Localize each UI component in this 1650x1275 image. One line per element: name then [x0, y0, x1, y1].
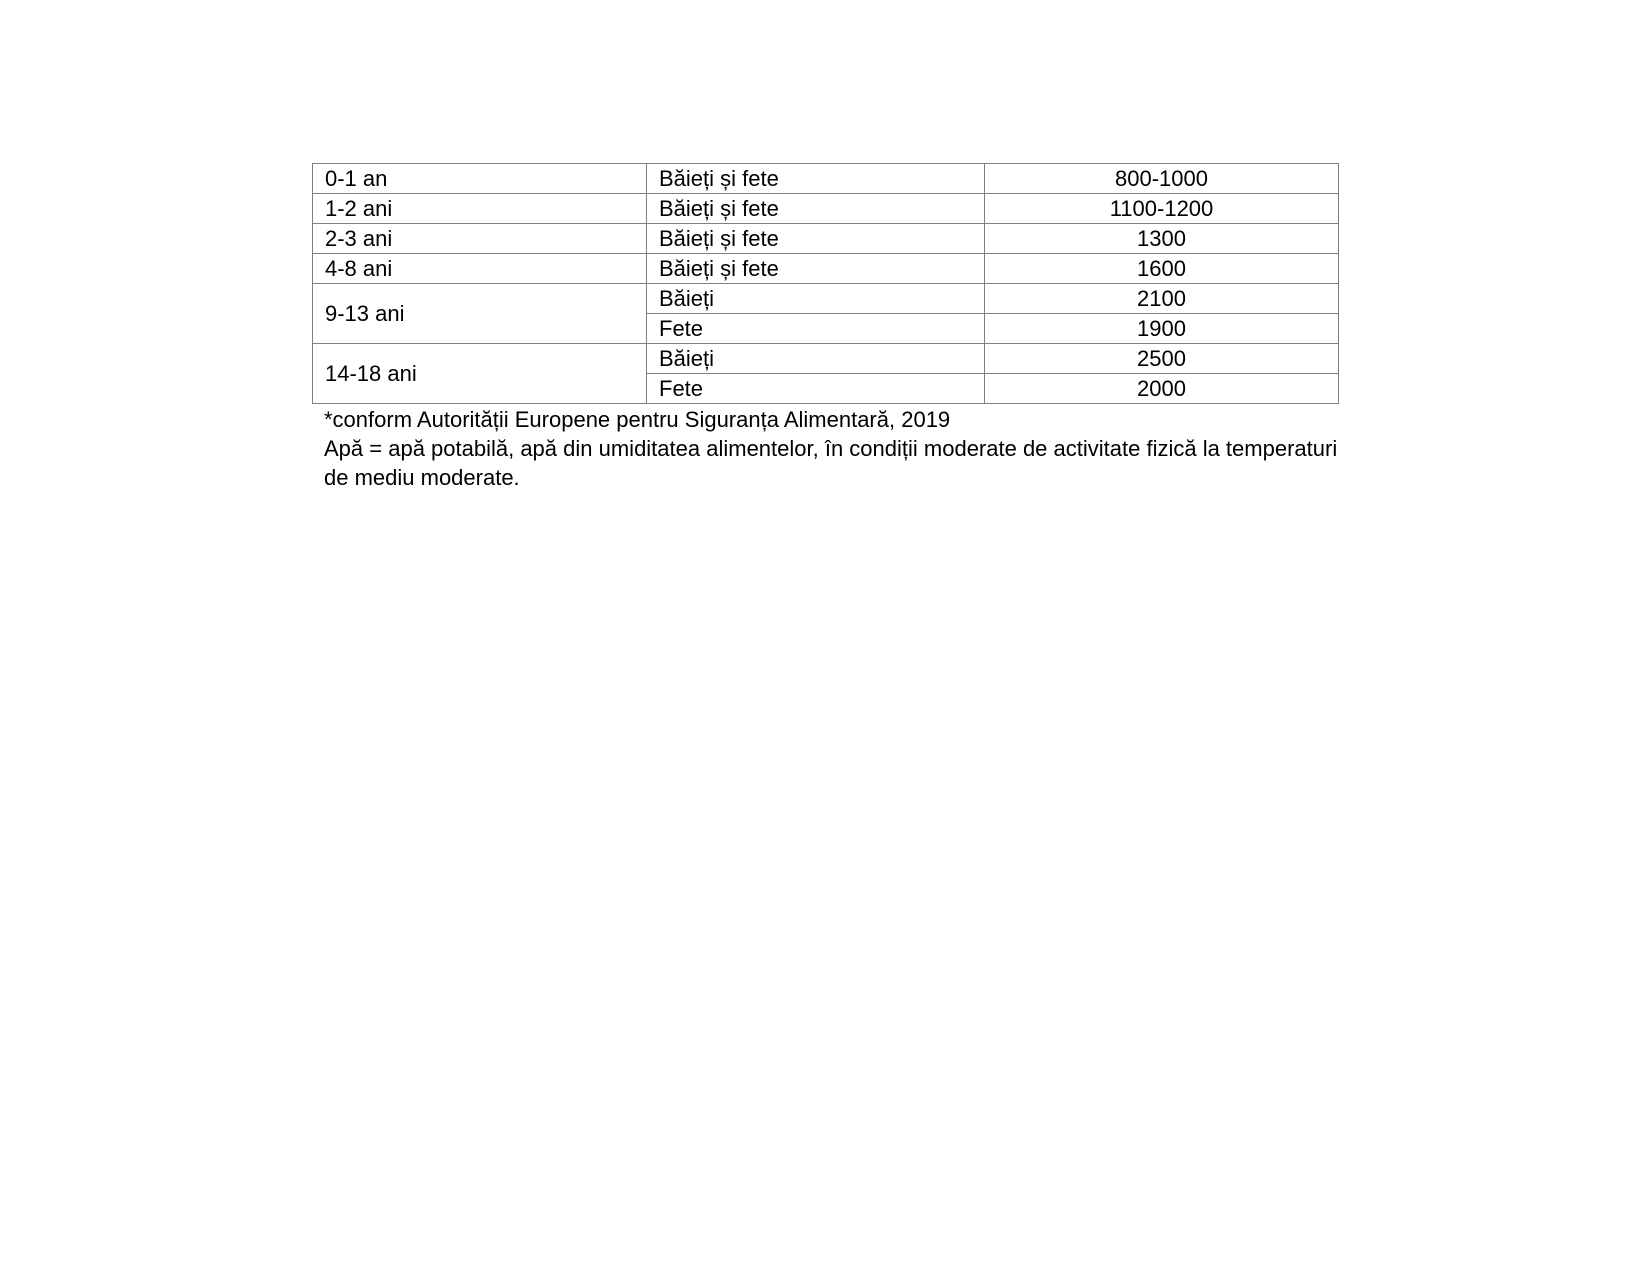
- age-cell: 2-3 ani: [313, 224, 647, 254]
- group-cell: Băieți: [647, 284, 985, 314]
- age-cell: 0-1 an: [313, 164, 647, 194]
- value-cell: 800-1000: [985, 164, 1339, 194]
- document-page: 0-1 an Băieți și fete 800-1000 1-2 ani B…: [312, 163, 1338, 492]
- group-cell: Băieți și fete: [647, 254, 985, 284]
- value-cell: 2000: [985, 374, 1339, 404]
- age-cell: 14-18 ani: [313, 344, 647, 404]
- group-cell: Fete: [647, 374, 985, 404]
- value-cell: 2100: [985, 284, 1339, 314]
- water-intake-table: 0-1 an Băieți și fete 800-1000 1-2 ani B…: [312, 163, 1339, 404]
- age-cell: 1-2 ani: [313, 194, 647, 224]
- value-cell: 1900: [985, 314, 1339, 344]
- table-row: 9-13 ani Băieți 2100: [313, 284, 1339, 314]
- age-cell: 4-8 ani: [313, 254, 647, 284]
- group-cell: Băieți și fete: [647, 164, 985, 194]
- value-cell: 1300: [985, 224, 1339, 254]
- group-cell: Băieți și fete: [647, 194, 985, 224]
- value-cell: 1100-1200: [985, 194, 1339, 224]
- value-cell: 1600: [985, 254, 1339, 284]
- age-cell: 9-13 ani: [313, 284, 647, 344]
- group-cell: Băieți: [647, 344, 985, 374]
- table-row: 14-18 ani Băieți 2500: [313, 344, 1339, 374]
- group-cell: Băieți și fete: [647, 224, 985, 254]
- source-note: *conform Autorității Europene pentru Sig…: [324, 405, 1338, 434]
- table-row: 2-3 ani Băieți și fete 1300: [313, 224, 1339, 254]
- table-row: 0-1 an Băieți și fete 800-1000: [313, 164, 1339, 194]
- table-row: 4-8 ani Băieți și fete 1600: [313, 254, 1339, 284]
- table-row: 1-2 ani Băieți și fete 1100-1200: [313, 194, 1339, 224]
- value-cell: 2500: [985, 344, 1339, 374]
- definition-note: Apă = apă potabilă, apă din umiditatea a…: [324, 434, 1338, 492]
- group-cell: Fete: [647, 314, 985, 344]
- table-notes: *conform Autorității Europene pentru Sig…: [312, 405, 1338, 492]
